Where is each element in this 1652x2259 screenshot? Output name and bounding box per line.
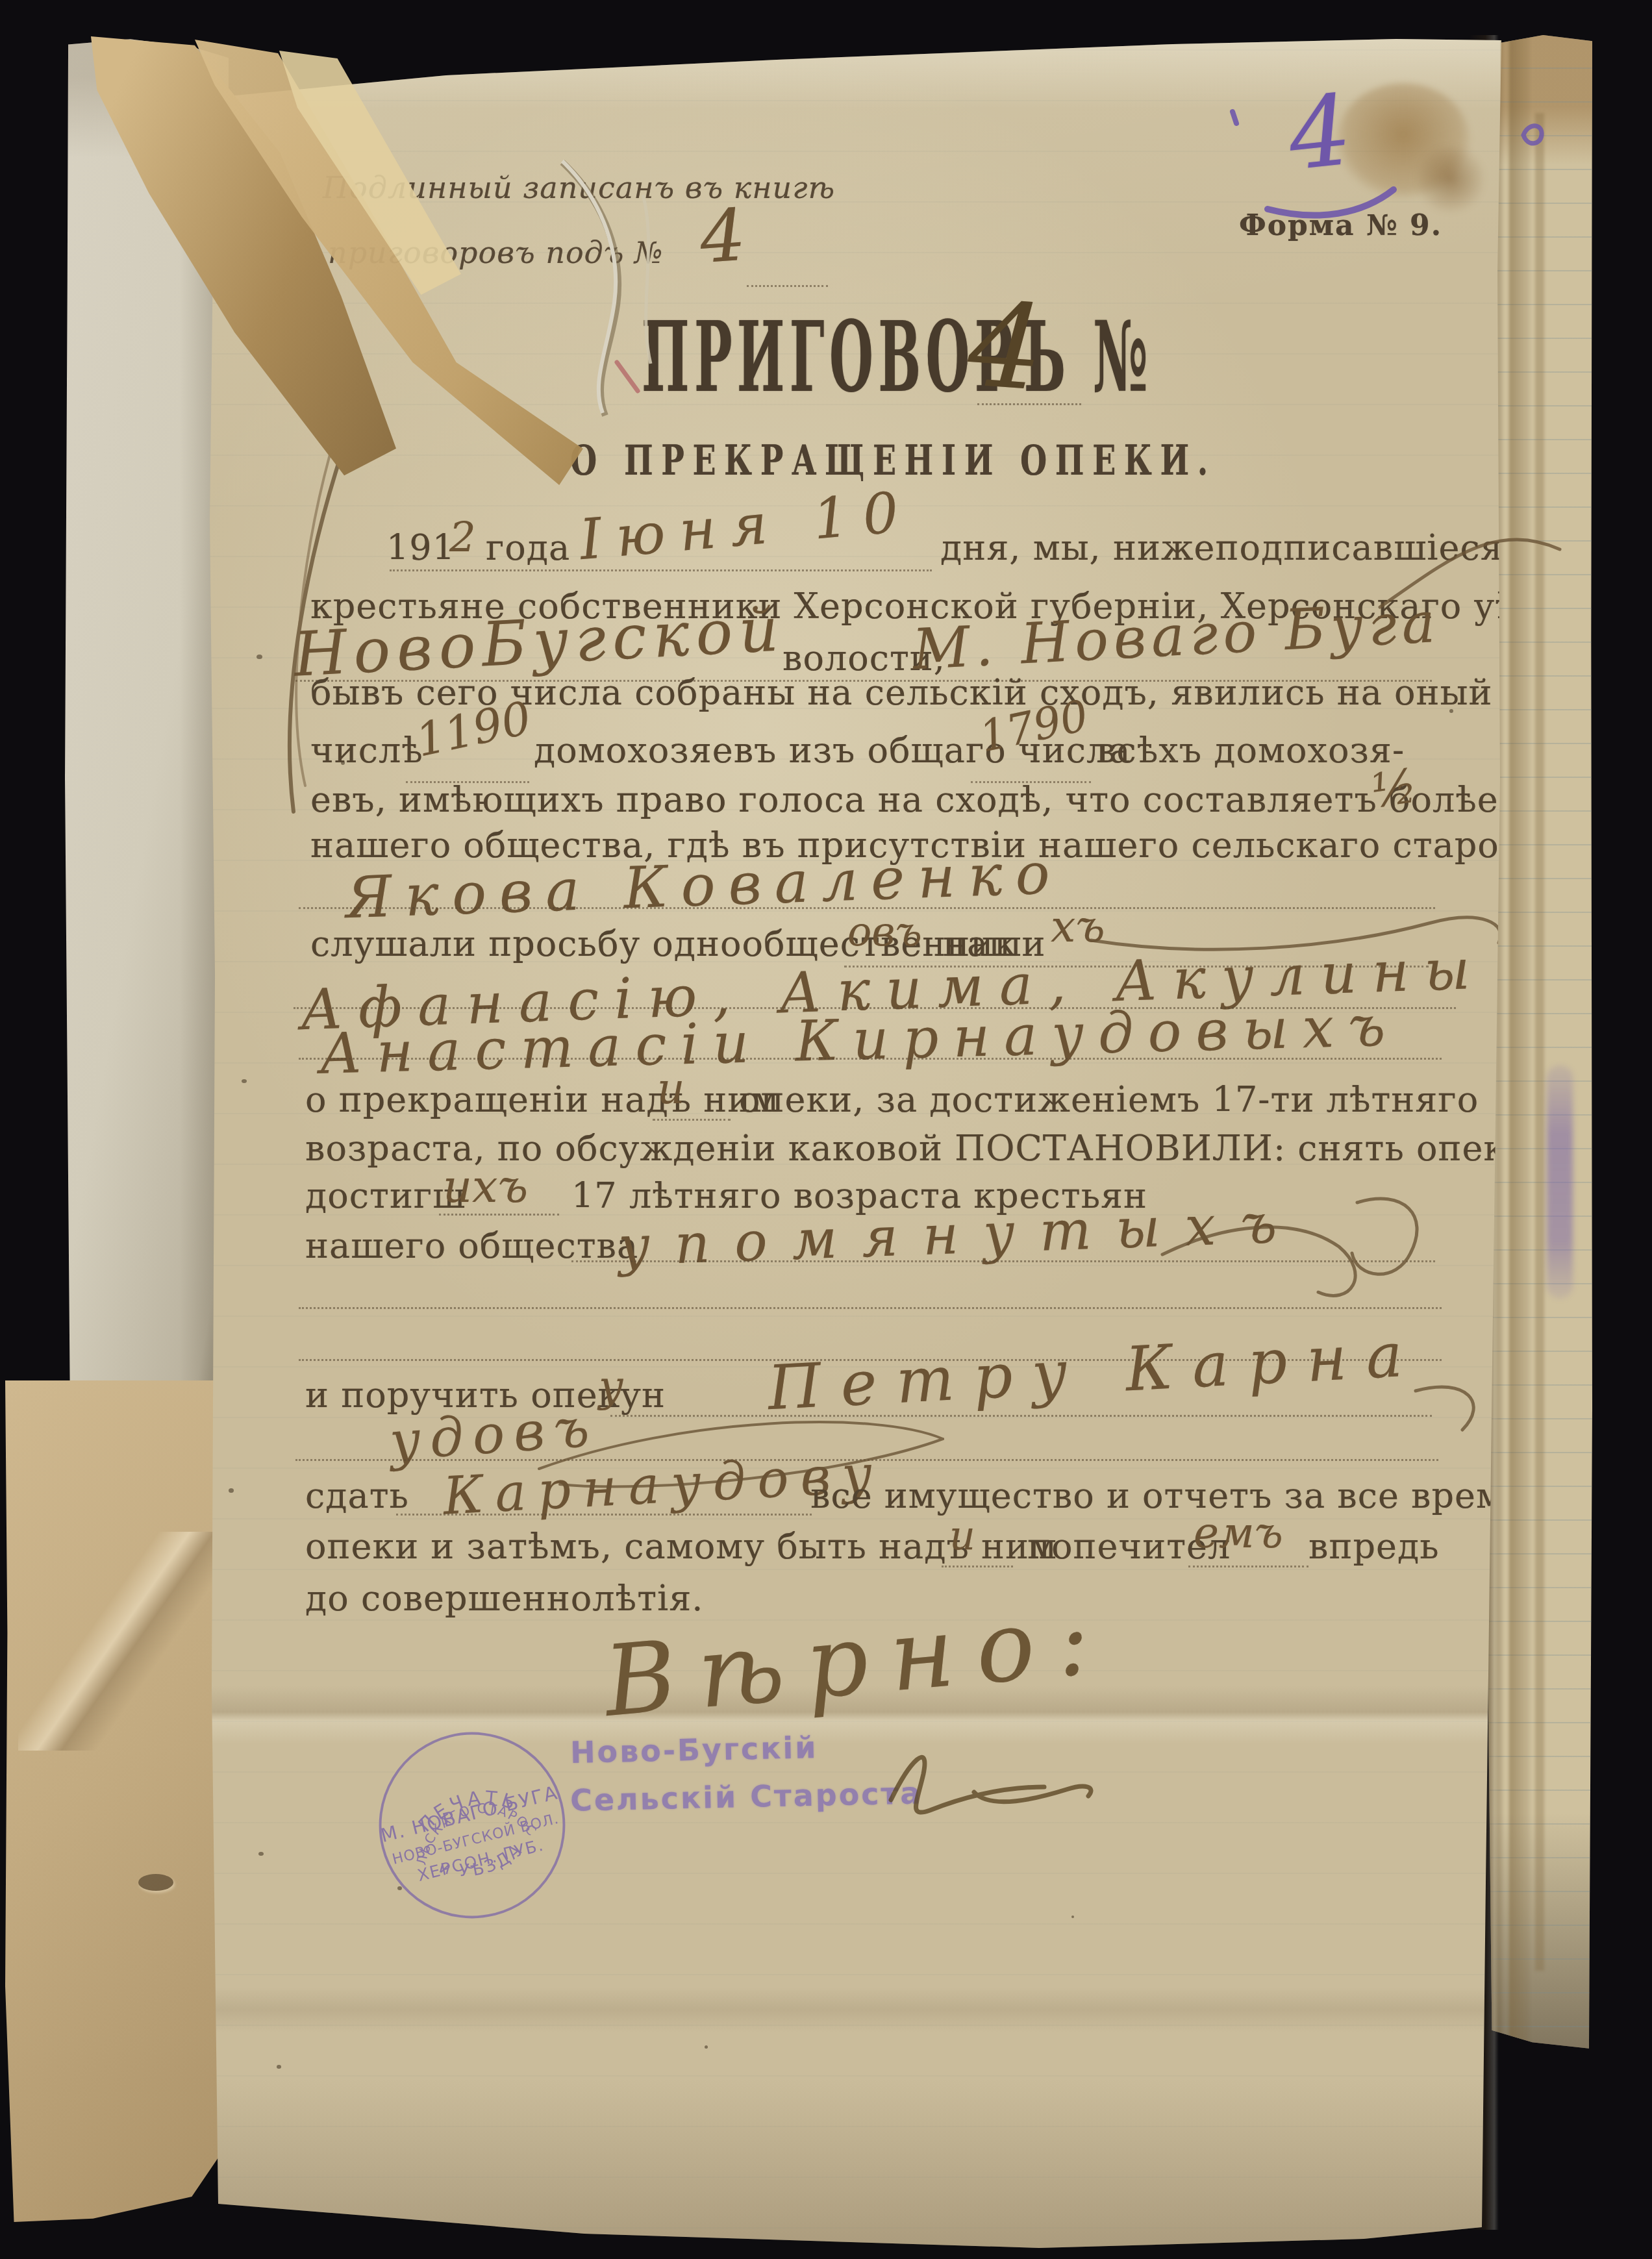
pen-flourish <box>1380 540 1560 607</box>
overlay-marks <box>0 0 1652 2259</box>
purple-mark <box>1523 126 1542 144</box>
scanned-document-photo: Подлинный записанъ въ книгѣ приговоровъ … <box>0 0 1652 2259</box>
